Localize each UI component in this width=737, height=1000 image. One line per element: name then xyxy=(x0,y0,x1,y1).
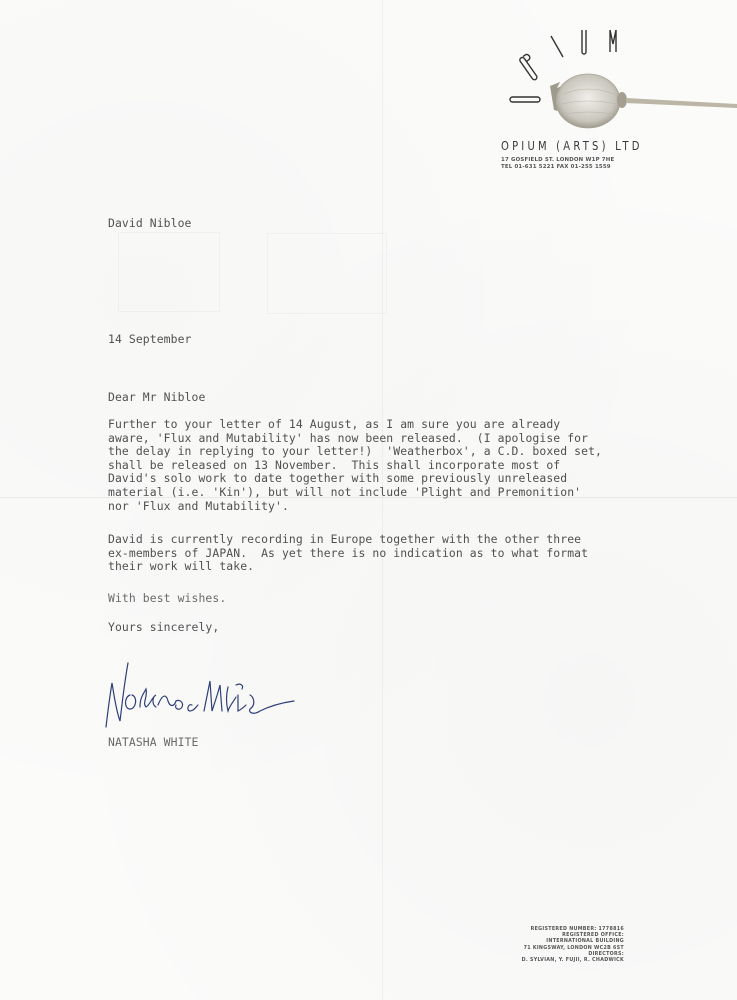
body-paragraph-1: Further to your letter of 14 August, as … xyxy=(108,418,602,513)
directors-list: D. SYLVIAN, Y. FUJII, R. CHADWICK xyxy=(522,958,624,964)
registered-office-footer: REGISTERED NUMBER: 1778816 REGISTERED OF… xyxy=(522,927,624,964)
closing: Yours sincerely, xyxy=(108,621,219,635)
company-name: OPIUM (ARTS) LTD xyxy=(501,140,643,154)
handwritten-signature xyxy=(100,655,300,739)
company-address: 17 GOSFIELD ST. LONDON W1P 7HE xyxy=(501,157,614,163)
body-paragraph-2: David is currently recording in Europe t… xyxy=(108,533,588,574)
recipient-name: David Nibloe xyxy=(108,217,192,231)
poppy-seed-head-icon xyxy=(498,24,737,144)
office-address: 71 KINGSWAY, LONDON WC2B 6ST xyxy=(522,946,624,952)
closing-wishes: With best wishes. xyxy=(108,592,226,606)
letter-date: 14 September xyxy=(108,333,192,347)
salutation: Dear Mr Nibloe xyxy=(108,391,205,405)
envelope-window-mark xyxy=(267,233,387,314)
signatory-name: NATASHA WHITE xyxy=(108,736,198,750)
company-phone-fax: TEL 01-631 5221 FAX 01-255 1559 xyxy=(501,164,611,170)
envelope-window-mark xyxy=(118,232,220,312)
